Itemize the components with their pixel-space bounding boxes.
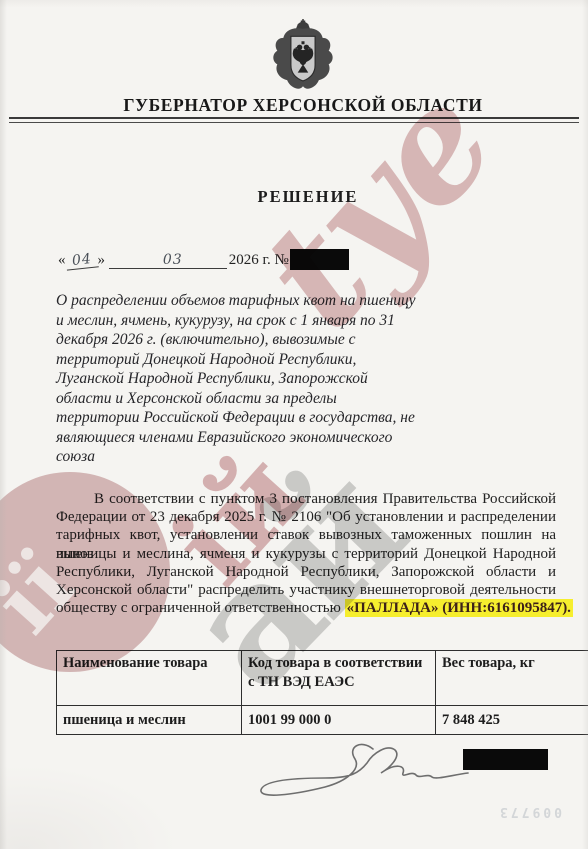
company-highlight: «ПАЛЛАДА» (ИНН:6161095847). (345, 599, 573, 617)
subject-line: союза (56, 447, 456, 467)
subject-line: территорий Донецкой Народной Республики, (56, 350, 456, 370)
body-last-line: обществу с ограниченной ответственностью… (56, 599, 556, 617)
body-last-prefix: обществу с ограниченной ответственностью (56, 600, 345, 616)
subject-line: О распределении объемов тарифных квот на… (56, 291, 456, 311)
table-row: пшеница и меслин 1001 99 000 0 7 848 425 (57, 706, 588, 735)
redaction-box-document-number (290, 249, 349, 270)
table-cell: пшеница и меслин (57, 706, 242, 735)
org-title: ГУБЕРНАТОР ХЕРСОНСКОЙ ОБЛАСТИ (0, 95, 588, 116)
header-divider (9, 117, 579, 123)
body-line: Республики, Луганской Народной Республик… (56, 563, 556, 581)
table-cell: 7 848 425 (436, 706, 588, 735)
subject-line: являющиеся членами Евразийского экономич… (56, 428, 456, 448)
subject-line: Луганской Народной Республики, Запорожск… (56, 369, 456, 389)
subject-line: территории Российской Федерации в госуда… (56, 408, 456, 428)
table-header-cell: Код товара в соответствии с ТН ВЭД ЕАЭС (242, 651, 436, 706)
year-number-label: 2026 г. № (229, 252, 289, 268)
table-header-cell: Вес товара, кг (436, 651, 588, 706)
subject-paragraph: О распределении объемов тарифных квот на… (56, 291, 456, 467)
scanned-document-page: ГУБЕРНАТОР ХЕРСОНСКОЙ ОБЛАСТИ РЕШЕНИЕ «0… (0, 0, 588, 849)
redaction-box-signature (463, 749, 548, 770)
coat-of-arms-icon (269, 18, 337, 94)
body-paragraph: В соответствии с пунктом 3 постановления… (56, 490, 556, 617)
doc-type-title: РЕШЕНИЕ (0, 187, 588, 207)
body-line: В соответствии с пунктом 3 постановления… (56, 490, 556, 508)
table-header-row: Наименование товара Код товара в соответ… (57, 651, 588, 706)
subject-line: декабря 2026 г. (включительно), вывозимы… (56, 330, 456, 350)
body-line: Херсонской области" распределить участни… (56, 581, 556, 599)
body-line: тарифных квот, установлении ставок вывоз… (56, 526, 556, 544)
handwritten-day: 04 (65, 250, 99, 270)
body-line: Федерации от 23 декабря 2025 г. № 2106 "… (56, 508, 556, 526)
table-cell: 1001 99 000 0 (242, 706, 436, 735)
subject-line: области и Херсонской области за пределы (56, 389, 456, 409)
body-line: пшеницы и меслина, ячменя и кукурузы с т… (56, 545, 556, 563)
table-header-cell: Наименование товара (57, 651, 242, 706)
date-line: «04» 032026 г. № (58, 249, 349, 270)
subject-line: и меслин, ячмень, кукурузу, на срок с 1 … (56, 311, 456, 331)
goods-table: Наименование товара Код товара в соответ… (56, 650, 588, 735)
faint-serial-number: 009773 (497, 804, 562, 819)
signature-ink (255, 737, 475, 801)
handwritten-month: 03 (109, 252, 227, 269)
